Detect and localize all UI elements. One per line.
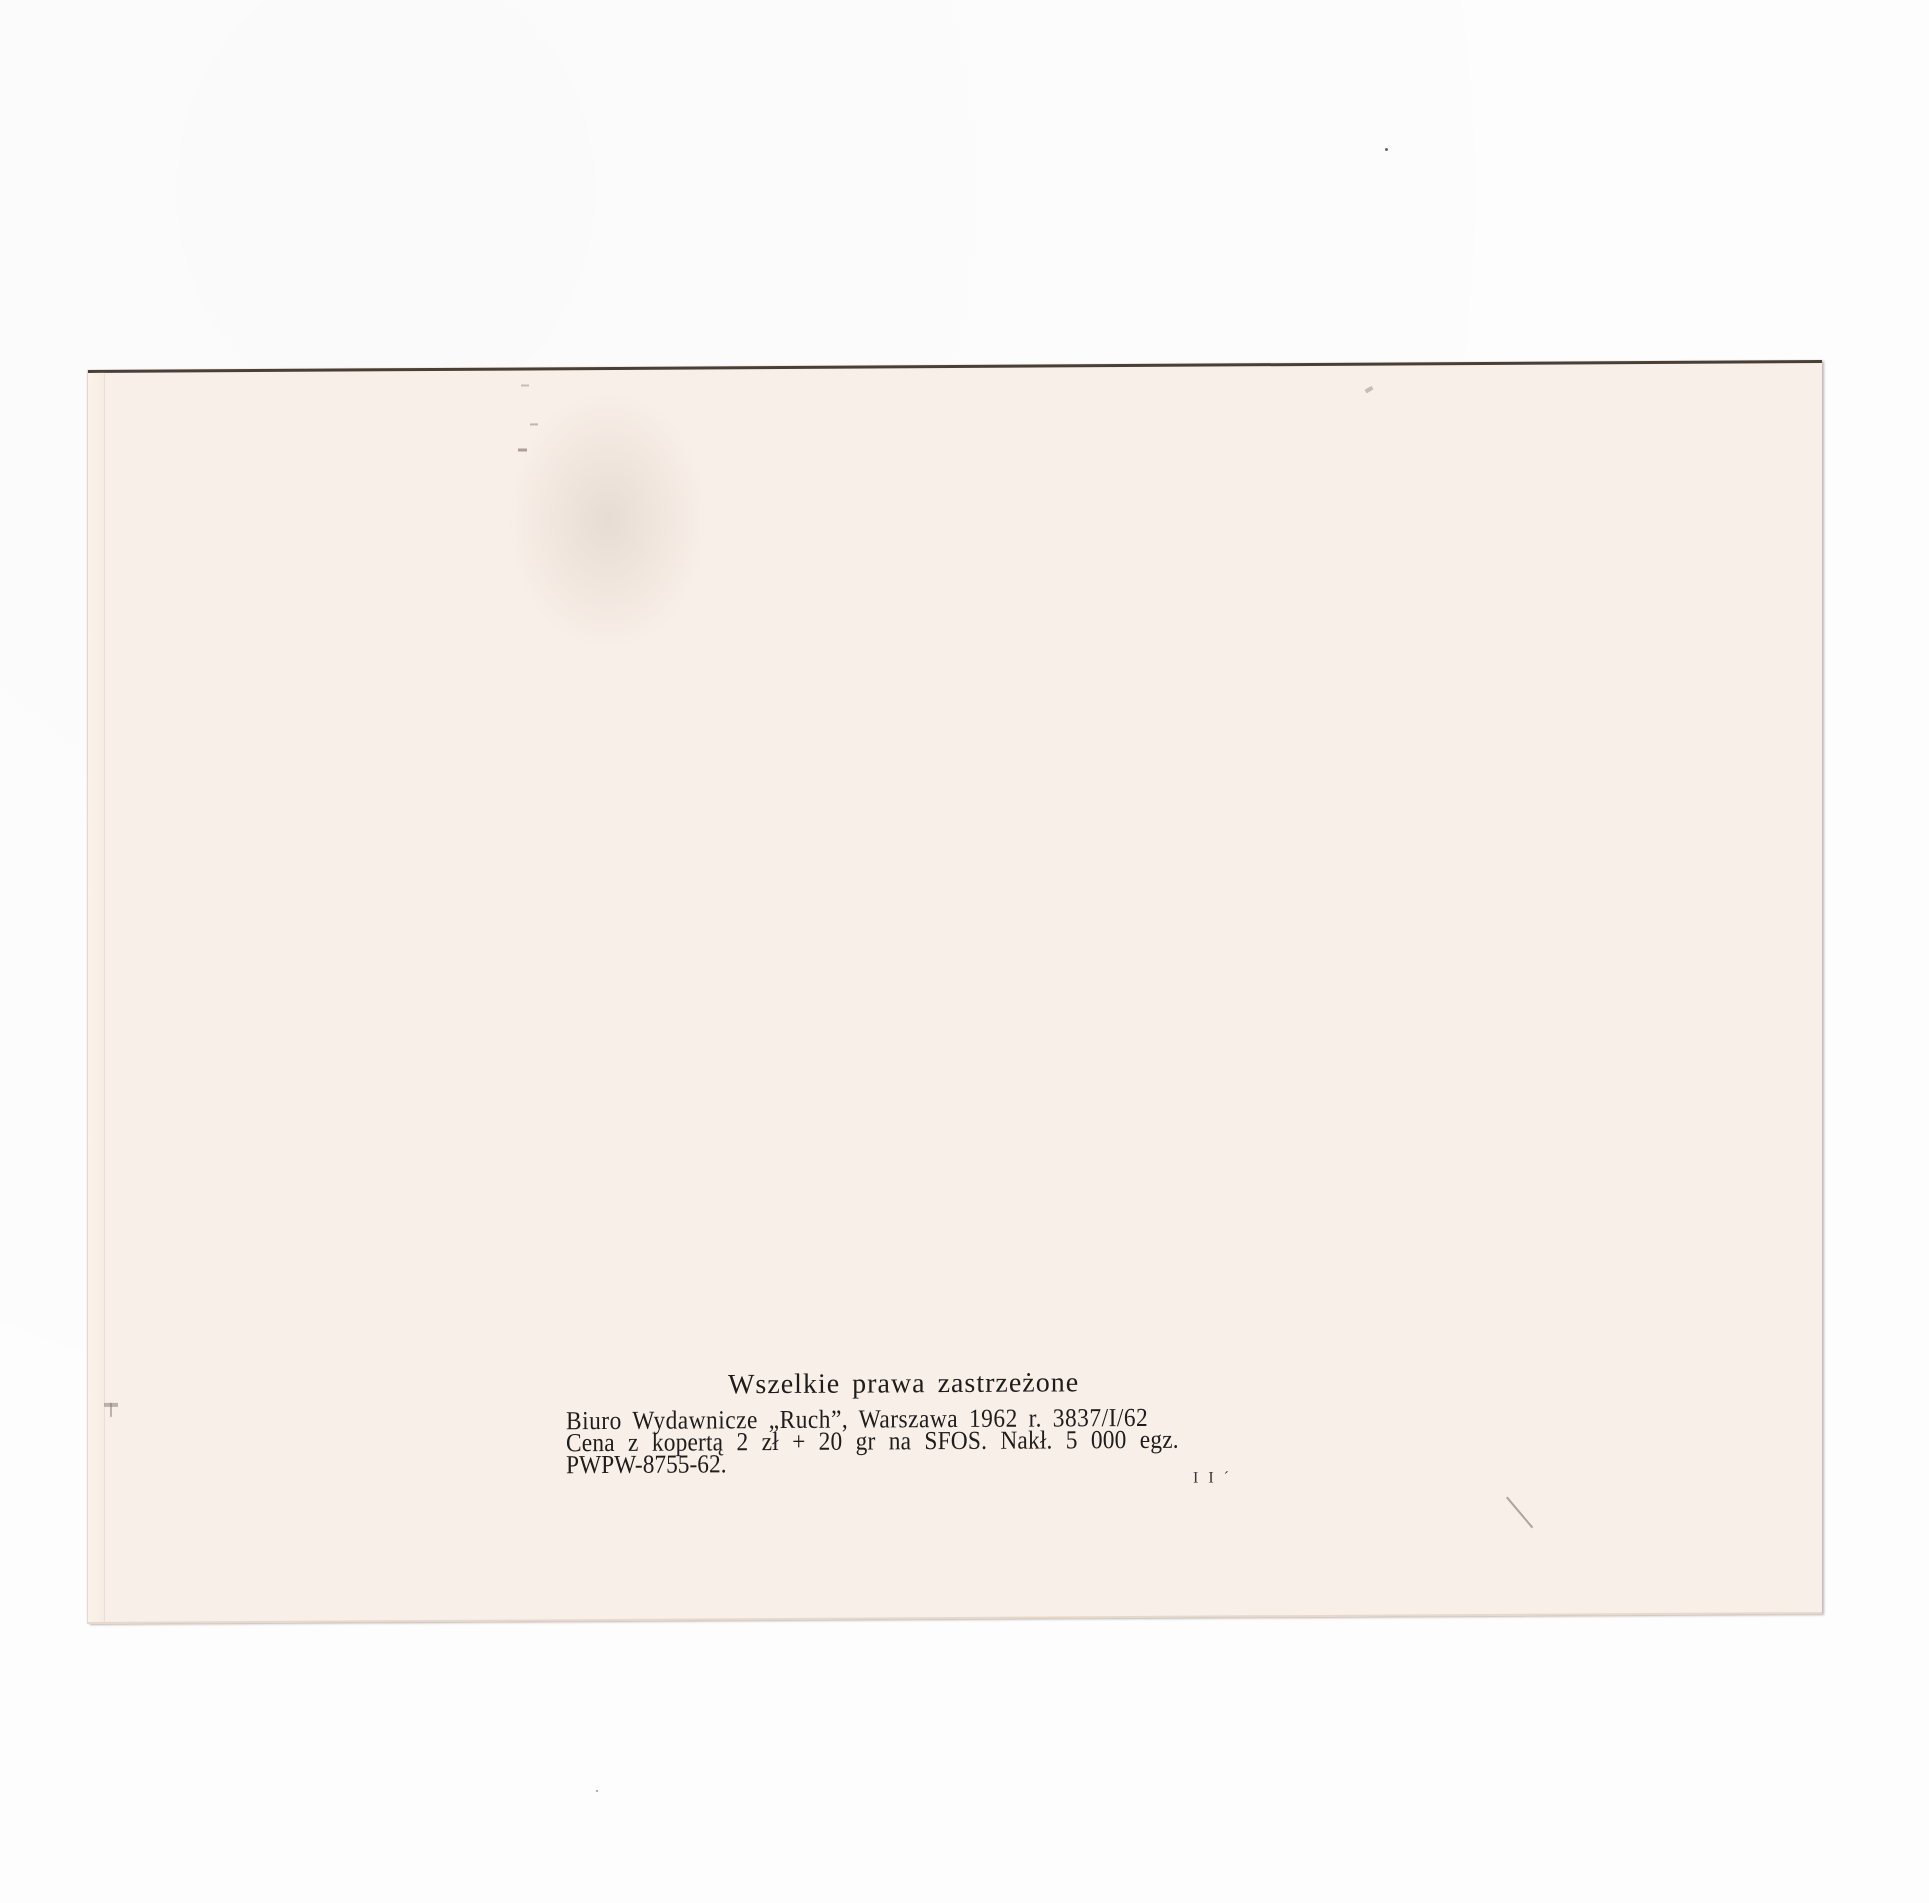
- card-back: Wszelkie prawa zastrzeżone Biuro Wydawni…: [88, 360, 1822, 1624]
- stain: [508, 389, 708, 650]
- ink-mark: [530, 423, 538, 425]
- ink-mark: [1365, 386, 1374, 393]
- ink-mark: [521, 384, 529, 386]
- ink-mark: [518, 448, 527, 451]
- scratch: [1506, 1497, 1533, 1529]
- publisher-imprint: Biuro Wydawnicze „Ruch”, Warszawa 1962 r…: [566, 1407, 1179, 1477]
- rights-reserved-heading: Wszelkie prawa zastrzeżone: [728, 1367, 1079, 1401]
- dust-speck: [1385, 148, 1388, 151]
- left-edge-mark: [110, 1403, 112, 1417]
- dust-speck: [596, 1790, 598, 1792]
- stray-print-marks: I I ´: [1193, 1469, 1232, 1487]
